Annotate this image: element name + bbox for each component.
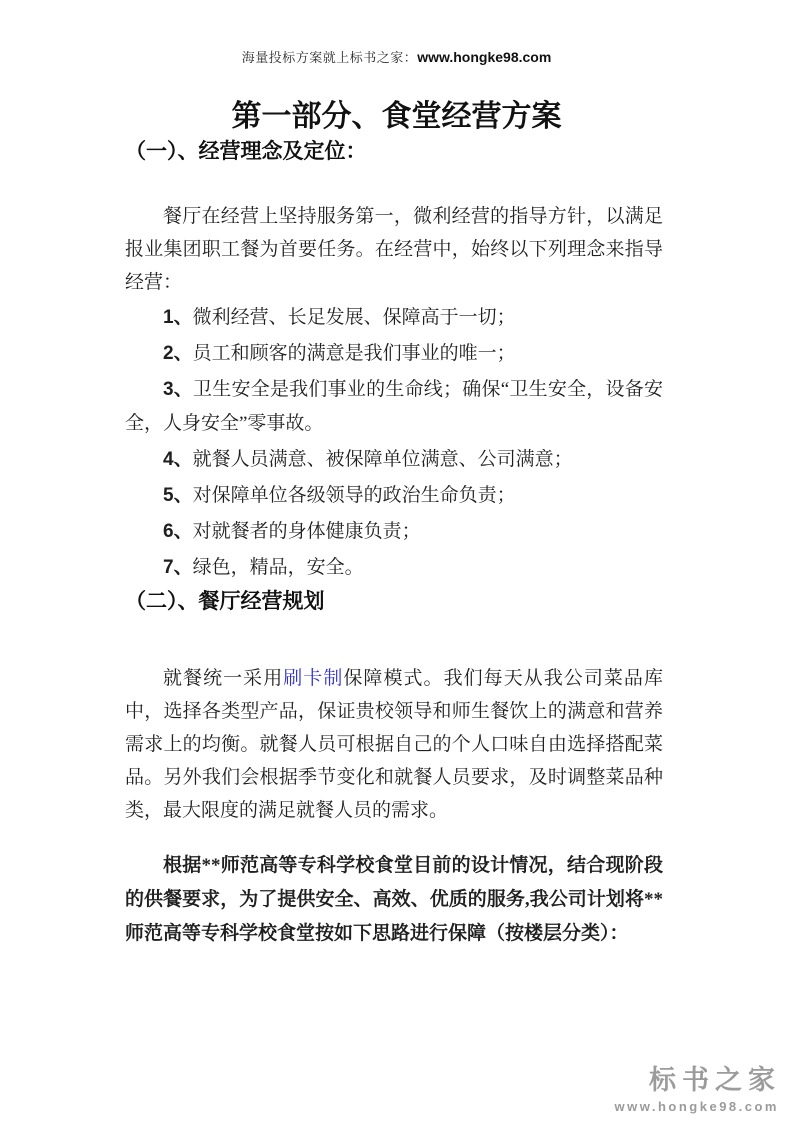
list-item: 7、绿色，精品，安全。 — [125, 551, 663, 585]
list-item-text: 对就餐者的身体健康负责； — [193, 521, 421, 542]
paragraph-plan-text-before: 就餐统一采用 — [163, 668, 283, 689]
list-item: 5、对保障单位各级领导的政治生命负责； — [125, 479, 663, 513]
list-item: 6、对就餐者的身体健康负责； — [125, 515, 663, 549]
header-promo-text: 海量投标方案就上标书之家： — [242, 50, 418, 65]
card-system-link[interactable]: 刷卡制 — [283, 668, 343, 689]
page-title: 第一部分、食堂经营方案 — [0, 91, 793, 135]
list-item-text: 微利经营、长足发展、保障高于一切； — [193, 307, 516, 328]
list-item: 2、员工和顾客的满意是我们事业的唯一； — [125, 337, 663, 371]
list-item: 3、卫生安全是我们事业的生命线；确保“卫生安全，设备安全，人身安全”零事故。 — [125, 373, 663, 441]
document-header: 海量投标方案就上标书之家：www.hongke98.com — [0, 0, 793, 66]
header-site-url: www.hongke98.com — [417, 49, 551, 65]
list-item-number: 3、 — [163, 379, 193, 400]
list-item-number: 5、 — [163, 485, 193, 506]
list-item-number: 2、 — [163, 343, 193, 364]
paragraph-proposal: 根据**师范高等专科学校食堂目前的设计情况，结合现阶段的供餐要求，为了提供安全、… — [125, 849, 663, 951]
section-heading-planning: （二）、餐厅经营规划 — [125, 585, 663, 615]
watermark: 标书之家 www.hongke98.com — [615, 1058, 780, 1114]
list-item: 4、就餐人员满意、被保障单位满意、公司满意； — [125, 443, 663, 477]
watermark-url: www.hongke98.com — [615, 1099, 780, 1114]
document-body: （一）、经营理念及定位： 餐厅在经营上坚持服务第一，微利经营的指导方针，以满足报… — [0, 135, 793, 951]
list-item: 1、微利经营、长足发展、保障高于一切； — [125, 301, 663, 335]
document-page: 海量投标方案就上标书之家：www.hongke98.com 第一部分、食堂经营方… — [0, 0, 793, 1122]
list-item-text: 对保障单位各级领导的政治生命负责； — [193, 485, 516, 506]
list-item-text: 员工和顾客的满意是我们事业的唯一； — [193, 343, 516, 364]
list-item-number: 7、 — [163, 557, 193, 578]
list-item-number: 4、 — [163, 449, 193, 470]
list-item-number: 1、 — [163, 307, 193, 328]
watermark-brand: 标书之家 — [615, 1058, 782, 1097]
section-heading-concepts: （一）、经营理念及定位： — [125, 135, 663, 165]
list-item-text: 就餐人员满意、被保障单位满意、公司满意； — [193, 449, 573, 470]
paragraph-plan-text-after: 保障模式。我们每天从我公司菜品库中，选择各类型产品，保证贵校领导和师生餐饮上的满… — [125, 668, 663, 821]
paragraph-intro: 餐厅在经营上坚持服务第一，微利经营的指导方针，以满足报业集团职工餐为首要任务。在… — [125, 200, 663, 299]
list-item-text: 卫生安全是我们事业的生命线；确保“卫生安全，设备安全，人身安全”零事故。 — [125, 379, 663, 434]
list-item-text: 绿色，精品，安全。 — [193, 557, 364, 578]
paragraph-plan: 就餐统一采用刷卡制保障模式。我们每天从我公司菜品库中，选择各类型产品，保证贵校领… — [125, 662, 663, 827]
list-item-number: 6、 — [163, 521, 193, 542]
